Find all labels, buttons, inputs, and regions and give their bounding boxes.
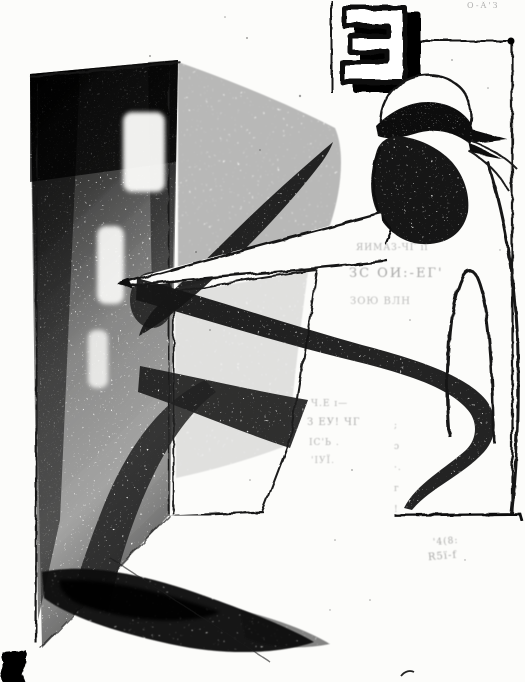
footer-ink-mark xyxy=(401,671,414,676)
left-corner-ink-bar xyxy=(0,648,24,682)
chapter-number-glyph xyxy=(341,7,417,88)
panel-highlight-streak xyxy=(123,112,165,192)
scanned-book-page: Abstract charcoal drawing of a laurel-cr… xyxy=(0,0,525,682)
wreath-sprig xyxy=(468,142,502,158)
numeral-outline xyxy=(341,7,404,81)
wreath-sprig xyxy=(470,128,506,142)
laurel-figure xyxy=(371,74,517,512)
panel-highlight-streak xyxy=(88,330,108,388)
frame-bottom-line xyxy=(393,513,521,520)
frame-corner-dot xyxy=(508,38,515,45)
figure-back-line xyxy=(486,160,517,512)
figure-face-shading xyxy=(371,136,468,244)
bottom-smudge xyxy=(42,556,330,660)
panel-highlight-streak xyxy=(97,226,124,304)
canvas-bottom-line xyxy=(169,511,263,515)
chapter-illustration: Abstract charcoal drawing of a laurel-cr… xyxy=(0,0,525,682)
